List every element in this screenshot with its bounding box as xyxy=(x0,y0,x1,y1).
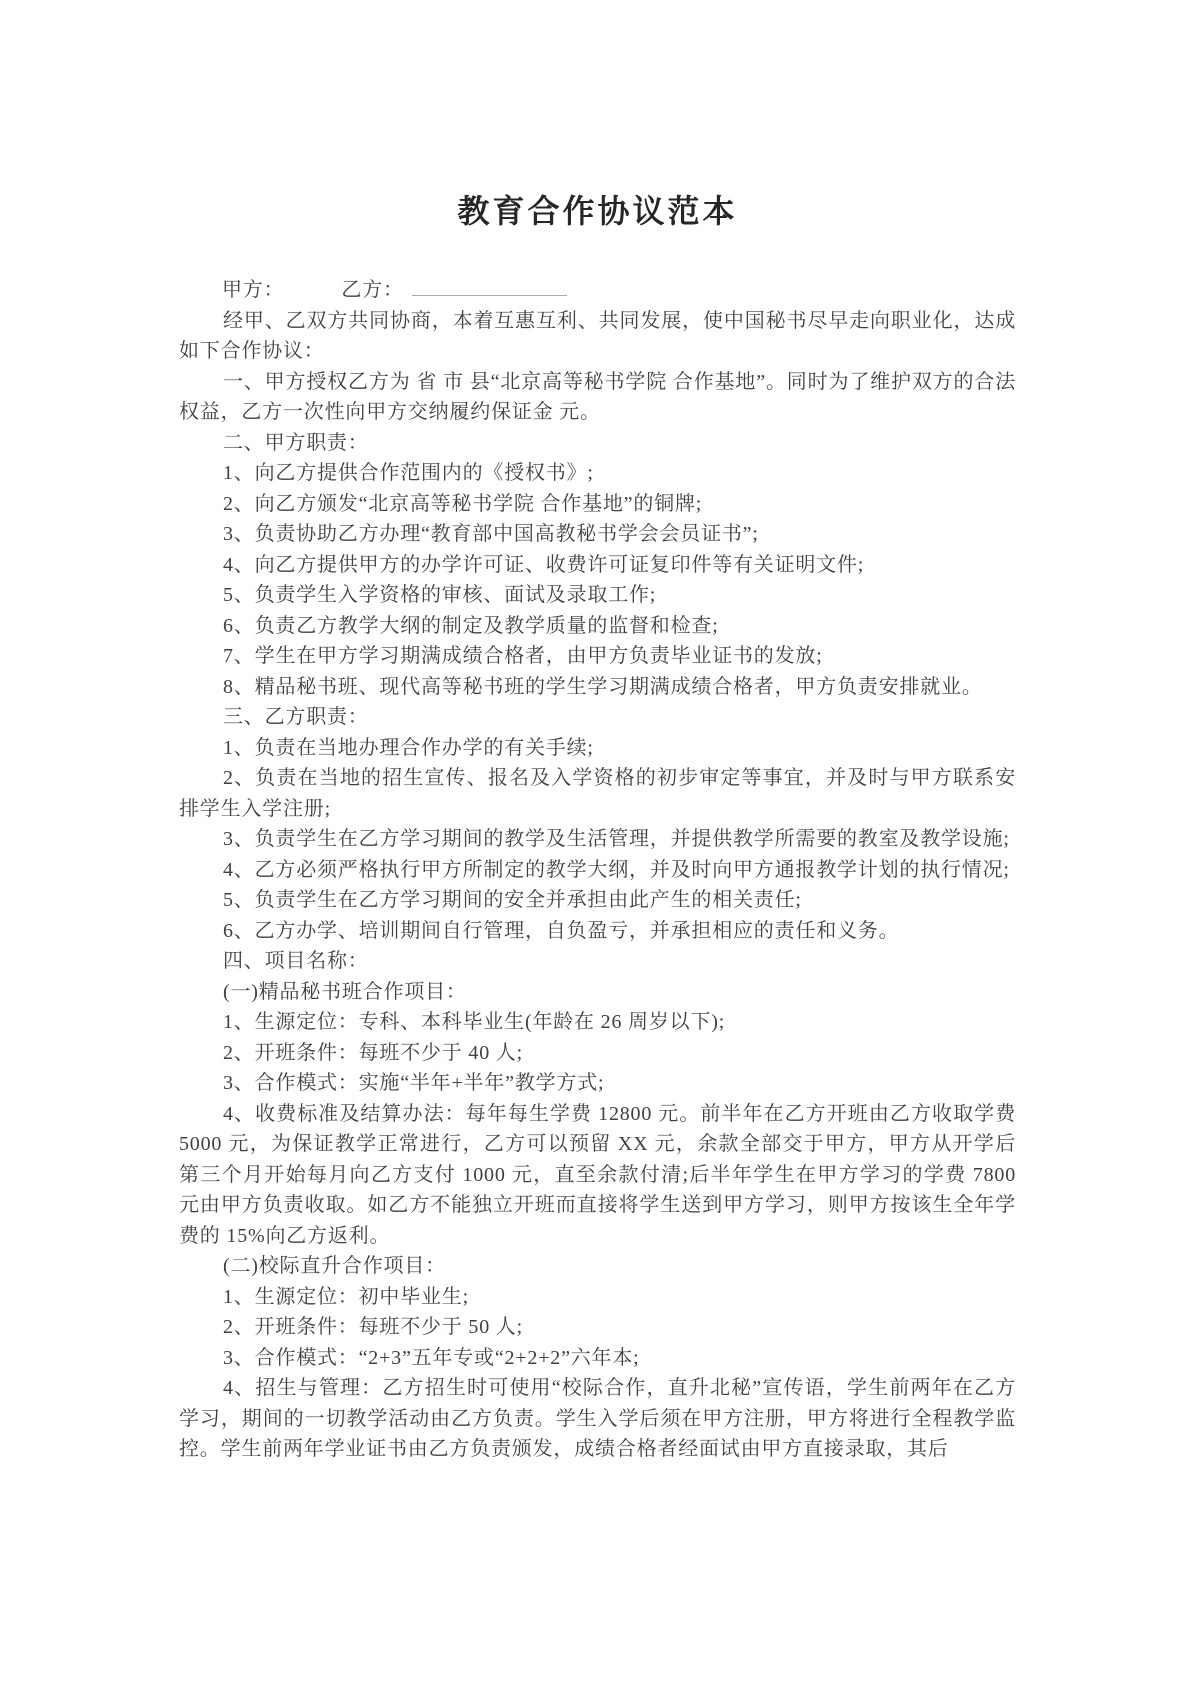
paragraph: 6、乙方办学、培训期间自行管理，自负盈亏，并承担相应的责任和义务。 xyxy=(179,916,1016,947)
paragraph: 4、向乙方提供甲方的办学许可证、收费许可证复印件等有关证明文件; xyxy=(179,550,1016,581)
document: 教育合作协议范本 甲方：乙方： 经甲、乙双方共同协商，本着互惠互利、共同发展，使… xyxy=(0,0,1190,1465)
paragraph: 3、负责协助乙方办理“教育部中国高教秘书学会会员证书”; xyxy=(179,519,1016,550)
paragraph: 3、合作模式：“2+3”五年专或“2+2+2”六年本; xyxy=(179,1343,1016,1374)
paragraph: 4、乙方必须严格执行甲方所制定的教学大纲，并及时向甲方通报教学计划的执行情况; xyxy=(179,855,1016,886)
paragraph: 5、负责学生在乙方学习期间的安全并承担由此产生的相关责任; xyxy=(179,885,1016,916)
paragraph: 一、甲方授权乙方为 省 市 县“北京高等秘书学院 合作基地”。同时为了维护双方的… xyxy=(179,367,1016,428)
paragraph: 二、甲方职责： xyxy=(179,428,1016,459)
paragraph: 1、负责在当地办理合作办学的有关手续; xyxy=(179,733,1016,764)
document-page: 教育合作协议范本 甲方：乙方： 经甲、乙双方共同协商，本着互惠互利、共同发展，使… xyxy=(0,0,1190,1683)
paragraph: (一)精品秘书班合作项目： xyxy=(179,977,1016,1008)
paragraph: 4、招生与管理：乙方招生时可使用“校际合作，直升北秘”宣传语，学生前两年在乙方学… xyxy=(179,1373,1016,1465)
paragraph: 2、开班条件：每班不少于 50 人; xyxy=(179,1312,1016,1343)
paragraph: (二)校际直升合作项目： xyxy=(179,1251,1016,1282)
paragraph: 4、收费标准及结算办法：每年每生学费 12800 元。前半年在乙方开班由乙方收取… xyxy=(179,1099,1016,1252)
paragraph: 四、项目名称： xyxy=(179,946,1016,977)
party-b-blank-line xyxy=(412,282,567,296)
paragraph: 2、负责在当地的招生宣传、报名及入学资格的初步审定等事宜，并及时与甲方联系安排学… xyxy=(179,763,1016,824)
paragraphs: 经甲、乙双方共同协商，本着互惠互利、共同发展，使中国秘书尽早走向职业化，达成如下… xyxy=(179,306,1016,1465)
party-line: 甲方：乙方： xyxy=(179,275,1016,306)
paragraph: 3、合作模式：实施“半年+半年”教学方式; xyxy=(179,1068,1016,1099)
paragraph: 2、向乙方颁发“北京高等秘书学院 合作基地”的铜牌; xyxy=(179,489,1016,520)
paragraph: 6、负责乙方教学大纲的制定及教学质量的监督和检查; xyxy=(179,611,1016,642)
party-b-label: 乙方： xyxy=(341,279,403,301)
paragraph: 1、生源定位：专科、本科毕业生(年龄在 26 周岁以下); xyxy=(179,1007,1016,1038)
paragraph: 三、乙方职责： xyxy=(179,702,1016,733)
paragraph: 8、精品秘书班、现代高等秘书班的学生学习期满成绩合格者，甲方负责安排就业。 xyxy=(179,672,1016,703)
paragraph: 2、开班条件：每班不少于 40 人; xyxy=(179,1038,1016,1069)
paragraph: 1、生源定位：初中毕业生; xyxy=(179,1282,1016,1313)
party-a-label: 甲方： xyxy=(222,279,284,301)
paragraph: 5、负责学生入学资格的审核、面试及录取工作; xyxy=(179,580,1016,611)
document-title: 教育合作协议范本 xyxy=(179,192,1016,230)
paragraph: 7、学生在甲方学习期满成绩合格者，由甲方负责毕业证书的发放; xyxy=(179,641,1016,672)
paragraph: 1、向乙方提供合作范围内的《授权书》; xyxy=(179,458,1016,489)
paragraph: 经甲、乙双方共同协商，本着互惠互利、共同发展，使中国秘书尽早走向职业化，达成如下… xyxy=(179,306,1016,367)
paragraph: 3、负责学生在乙方学习期间的教学及生活管理，并提供教学所需要的教室及教学设施; xyxy=(179,824,1016,855)
